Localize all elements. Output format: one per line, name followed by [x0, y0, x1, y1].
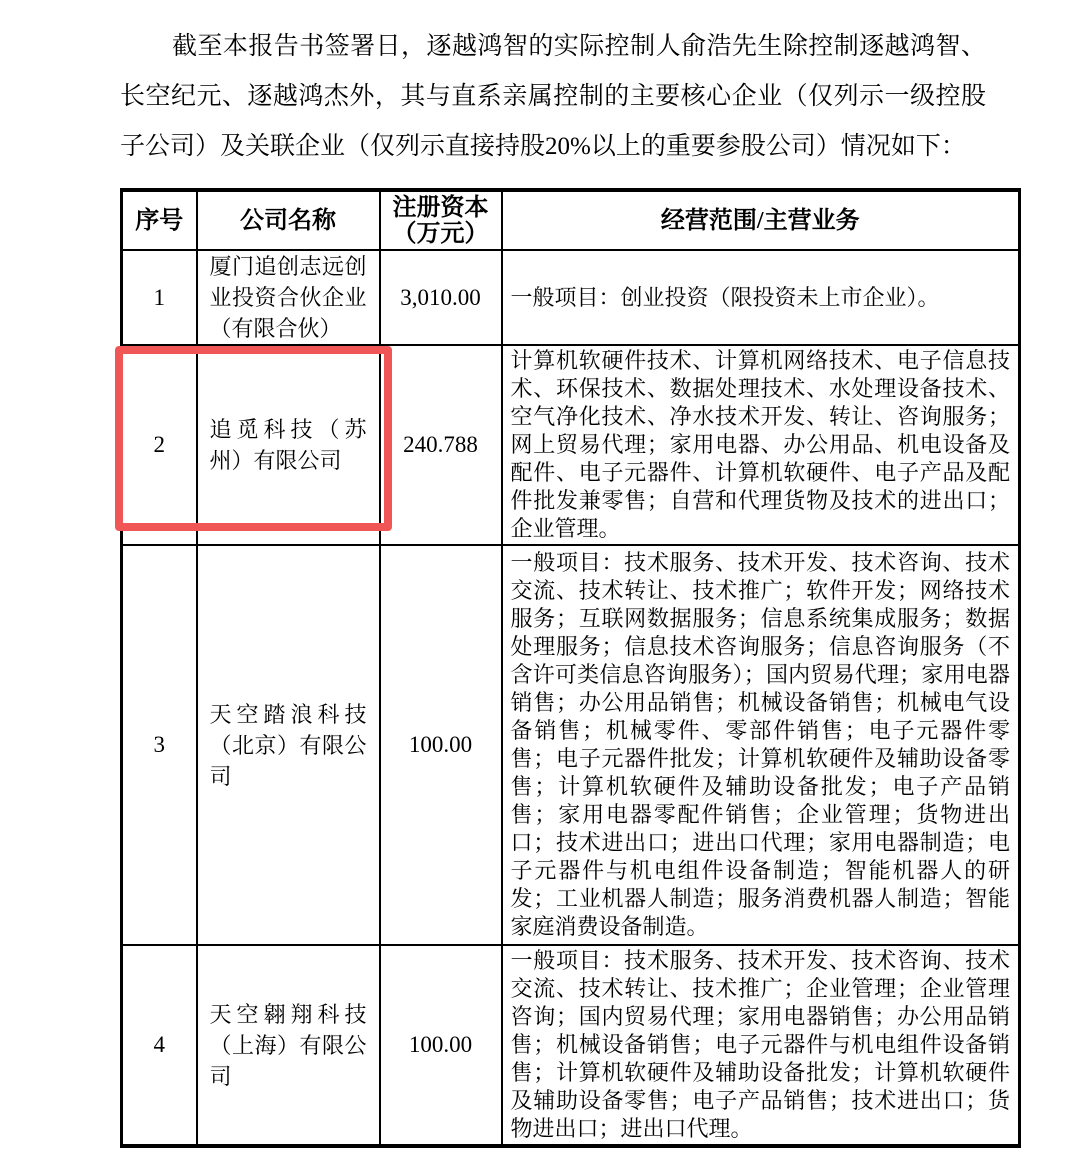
cell-index: 1	[122, 250, 197, 345]
capital-header-line1: 注册资本	[381, 195, 501, 221]
cell-index: 3	[122, 545, 197, 945]
intro-line-1: 截至本报告书签署日，逐越鸿智的实际控制人俞浩先生除控制逐越鸿智、	[120, 22, 986, 72]
col-header-registered-capital: 注册资本 （万元）	[380, 190, 502, 250]
capital-header-line2: （万元）	[381, 221, 501, 247]
table-header-row: 序号 公司名称 注册资本 （万元） 经营范围/主营业务	[122, 190, 1020, 250]
table-row: 3 天空踏浪科技（北京）有限公司 100.00 一般项目：技术服务、技术开发、技…	[122, 545, 1020, 945]
related-companies-table: 序号 公司名称 注册资本 （万元） 经营范围/主营业务 1 厦门追创志远创业投资…	[120, 188, 1021, 1148]
cell-registered-capital: 240.788	[380, 345, 502, 545]
document-page: 截至本报告书签署日，逐越鸿智的实际控制人俞浩先生除控制逐越鸿智、 长空纪元、逐越…	[0, 0, 1080, 1171]
cell-registered-capital: 3,010.00	[380, 250, 502, 345]
cell-business-scope: 一般项目：技术服务、技术开发、技术咨询、技术交流、技术转让、技术推广；软件开发；…	[502, 545, 1020, 945]
cell-company-name: 追觅科技（苏州）有限公司	[197, 345, 380, 545]
intro-line-3: 子公司）及关联企业（仅列示直接持股20%以上的重要参股公司）情况如下：	[120, 122, 986, 172]
cell-business-scope: 计算机软硬件技术、计算机网络技术、电子信息技术、环保技术、数据处理技术、水处理设…	[502, 345, 1020, 545]
table-row: 4 天空翱翔科技（上海）有限公司 100.00 一般项目：技术服务、技术开发、技…	[122, 945, 1020, 1146]
cell-company-name: 天空踏浪科技（北京）有限公司	[197, 545, 380, 945]
table-row: 1 厦门追创志远创业投资合伙企业（有限合伙） 3,010.00 一般项目：创业投…	[122, 250, 1020, 345]
cell-business-scope: 一般项目：创业投资（限投资未上市企业）。	[502, 250, 1020, 345]
cell-company-name: 天空翱翔科技（上海）有限公司	[197, 945, 380, 1146]
cell-company-name: 厦门追创志远创业投资合伙企业（有限合伙）	[197, 250, 380, 345]
col-header-business-scope: 经营范围/主营业务	[502, 190, 1020, 250]
cell-registered-capital: 100.00	[380, 945, 502, 1146]
intro-paragraph: 截至本报告书签署日，逐越鸿智的实际控制人俞浩先生除控制逐越鸿智、 长空纪元、逐越…	[120, 22, 986, 172]
cell-index: 4	[122, 945, 197, 1146]
cell-registered-capital: 100.00	[380, 545, 502, 945]
cell-business-scope: 一般项目：技术服务、技术开发、技术咨询、技术交流、技术转让、技术推广；企业管理；…	[502, 945, 1020, 1146]
table-row-highlighted: 2 追觅科技（苏州）有限公司 240.788 计算机软硬件技术、计算机网络技术、…	[122, 345, 1020, 545]
col-header-company-name: 公司名称	[197, 190, 380, 250]
intro-line-2: 长空纪元、逐越鸿杰外，其与直系亲属控制的主要核心企业（仅列示一级控股	[120, 72, 986, 122]
cell-index: 2	[122, 345, 197, 545]
col-header-index: 序号	[122, 190, 197, 250]
